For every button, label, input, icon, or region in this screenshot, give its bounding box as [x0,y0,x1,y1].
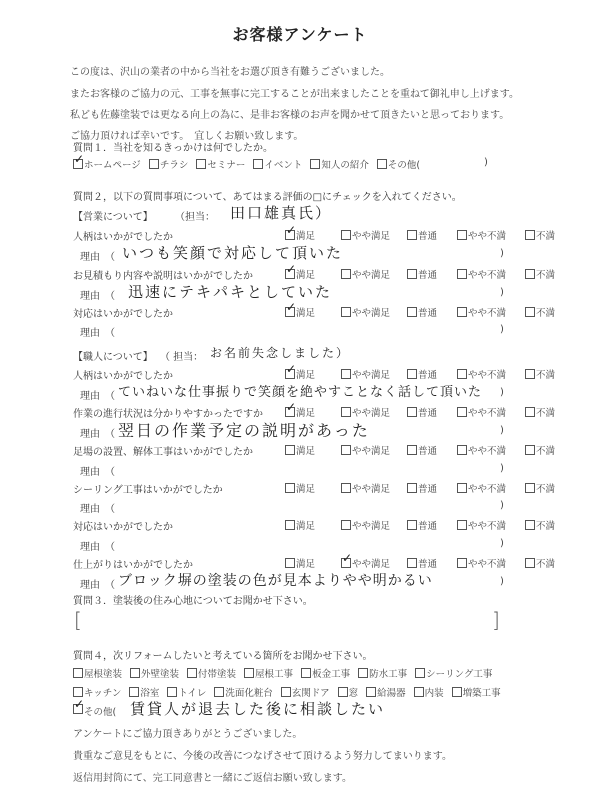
q3-label: 質問３．塗装後の住み心地についてお聞かせ下さい。 [73,592,313,607]
reason-label: 理由 （ [80,576,115,591]
survey-page: お客様アンケート この度は、沢山の業者の中から当社をお選び頂き有難うございました… [0,0,600,800]
checkbox[interactable] [244,668,254,678]
checkbox[interactable] [525,483,535,493]
sales-staff-label: （担当： [175,208,215,223]
q4-option-roof-work[interactable]: 屋根工事 [244,666,293,680]
craftsmen-staff-label: （ 担当： [160,348,203,363]
checkbox[interactable] [457,407,467,417]
q3-answer-area[interactable] [90,612,490,632]
craftsmen-q4-rating: 満足 やや満足 普通 やや不満 不満 [285,481,555,495]
checkbox-checked[interactable] [341,558,351,568]
q4-option-sheet-metal[interactable]: 板金工事 [301,666,350,680]
sales-q1-rating: 満足 やや満足 普通 やや不満 不満 [285,228,555,242]
checkbox[interactable] [457,520,467,530]
rating-dissatisfied[interactable]: 不満 [525,443,555,457]
sales-header: 【営業について】 [73,208,153,223]
reason-label: 理由 （ [80,500,115,515]
q4-option-trim-painting[interactable]: 付帯塗装 [187,666,236,680]
rating-somewhat-dissatisfied[interactable]: やや不満 [457,405,525,419]
rating-satisfied[interactable]: 満足 [285,405,341,419]
reason-label: 理由 （ [80,387,115,402]
q4-option-vanity[interactable]: 洗面化粧台 [214,685,273,699]
q1-other-close: ) [484,157,488,168]
q1-option-homepage[interactable]: ホームページ [73,157,141,171]
rating-satisfied[interactable]: 満足 [285,481,341,495]
rating-dissatisfied[interactable]: 不満 [525,481,555,495]
reason-close: ) [500,538,504,549]
reason-close: ) [500,248,504,259]
checkbox[interactable] [358,668,368,678]
q4-options-row2: キッチン 浴室 トイレ 洗面化粧台 玄関ドア 窓 給湯器 内装 増築工事 [73,685,509,699]
checkbox[interactable] [457,369,467,379]
rating-dissatisfied[interactable]: 不満 [525,556,555,570]
q3-bracket-open: [ [74,608,82,632]
checkbox[interactable] [525,230,535,240]
checkbox[interactable] [457,230,467,240]
rating-dissatisfied[interactable]: 不満 [525,367,555,381]
rating-satisfied[interactable]: 満足 [285,305,341,319]
reason-close: ) [500,425,504,436]
craftsmen-q4: シーリング工事はいかがでしたか [73,481,223,496]
q4-option-window[interactable]: 窓 [338,685,359,699]
rating-somewhat-satisfied[interactable]: やや満足 [341,267,407,281]
checkbox[interactable] [525,407,535,417]
rating-somewhat-dissatisfied[interactable]: やや不満 [457,305,525,319]
rating-somewhat-dissatisfied[interactable]: やや不満 [457,556,525,570]
reason-label: 理由 （ [80,324,115,339]
rating-satisfied[interactable]: 満足 [285,518,341,532]
checkbox[interactable] [341,369,351,379]
rating-somewhat-dissatisfied[interactable]: やや不満 [457,367,525,381]
checkbox[interactable] [525,269,535,279]
rating-somewhat-satisfied[interactable]: やや満足 [341,518,407,532]
checkbox[interactable] [341,307,351,317]
craftsmen-staff-name[interactable]: お名前失念しました） [210,344,350,361]
intro-line-3: 私ども佐藤塗装では更なる向上の為に、是非お客様のお声を聞かせて頂きたいと思ってお… [70,106,509,121]
checkbox-checked[interactable] [285,307,295,317]
rating-dissatisfied[interactable]: 不満 [525,267,555,281]
craftsmen-q1-rating: 満足 やや満足 普通 やや不満 不満 [285,367,555,381]
rating-neutral[interactable]: 普通 [407,267,457,281]
rating-somewhat-satisfied[interactable]: やや満足 [341,305,407,319]
reason-close: ) [500,287,504,298]
rating-somewhat-satisfied[interactable]: やや満足 [341,556,407,570]
q1-options: ホームページ チラシ セミナー イベント 知人の紹介 その他( [73,157,428,171]
rating-satisfied[interactable]: 満足 [285,267,341,281]
rating-neutral[interactable]: 普通 [407,367,457,381]
craftsmen-q1-reason[interactable]: ていねいな仕事振りで笑顔を絶やすことなく話して頂いた [118,381,482,400]
intro-line-2: またお客様のご協力の元、工事を無事に完工することが出来ましたことを重ねて御礼申し… [70,85,519,100]
checkbox[interactable] [407,230,417,240]
q1-option-referral[interactable]: 知人の紹介 [310,157,369,171]
checkbox[interactable] [167,687,177,697]
checkbox[interactable] [310,159,320,169]
q4-option-sealing[interactable]: シーリング工事 [415,666,492,680]
checkbox[interactable] [338,687,348,697]
checkbox[interactable] [407,369,417,379]
q4-option-exterior-wall-painting[interactable]: 外壁塗装 [130,666,179,680]
reason-close: ) [500,324,504,335]
sales-q1-reason[interactable]: いつも笑顔で対応して頂いた [122,242,343,263]
checkbox[interactable] [281,687,291,697]
reason-close: ) [500,463,504,474]
rating-satisfied[interactable]: 満足 [285,556,341,570]
checkbox[interactable] [415,668,425,678]
checkbox[interactable] [414,687,424,697]
q4-option-interior[interactable]: 内装 [414,685,444,699]
q1-option-event[interactable]: イベント [253,157,302,171]
checkbox[interactable] [341,445,351,455]
craftsmen-q5-rating: 満足 やや満足 普通 やや不満 不満 [285,518,555,532]
reason-label: 理由 （ [80,248,115,263]
rating-neutral[interactable]: 普通 [407,228,457,242]
checkbox[interactable] [341,483,351,493]
reason-label: 理由 （ [80,538,115,553]
checkbox[interactable] [214,687,224,697]
craftsmen-header: 【職人について】 [73,348,153,363]
craftsmen-q2-reason[interactable]: 翌日の作業予定の説明があった [118,418,370,441]
craftsmen-q6: 仕上がりはいかがでしたか [73,556,193,571]
sales-staff-name[interactable]: 田口雄真氏） [230,202,332,223]
checkbox[interactable] [525,445,535,455]
checkbox[interactable] [525,307,535,317]
rating-neutral[interactable]: 普通 [407,405,457,419]
checkbox[interactable] [457,483,467,493]
rating-somewhat-dissatisfied[interactable]: やや不満 [457,267,525,281]
q4-option-water-heater[interactable]: 給湯器 [366,685,406,699]
closing-line-3: 返信用封筒にて、完工同意書と一緒にご返信お願い致します。 [73,769,352,784]
checkbox-checked[interactable] [73,159,83,169]
q1-label: 質問１．当社を知るきっかけは何でしたか。 [73,139,273,154]
checkbox[interactable] [129,687,139,697]
sales-q2: お見積もり内容や説明はいかがでしたか [73,267,253,282]
closing-line-1: アンケートにご協力頂きありがとうございました。 [73,725,302,740]
q4-other-value[interactable]: 賃貸人が退去した後に相談したい [130,698,385,719]
checkbox[interactable] [457,269,467,279]
rating-satisfied[interactable]: 満足 [285,367,341,381]
checkbox[interactable] [407,307,417,317]
checkbox-checked[interactable] [285,230,295,240]
checkbox[interactable] [130,668,140,678]
checkbox[interactable] [73,687,83,697]
checkbox[interactable] [525,369,535,379]
rating-somewhat-dissatisfied[interactable]: やや不満 [457,481,525,495]
reason-label: 理由 （ [80,425,115,440]
checkbox[interactable] [457,445,467,455]
checkbox[interactable] [457,558,467,568]
q4-option-bathroom[interactable]: 浴室 [129,685,159,699]
sales-q2-rating: 満足 やや満足 普通 やや不満 不満 [285,267,555,281]
checkbox[interactable] [525,520,535,530]
craftsmen-q5: 対応はいかがでしたか [73,518,173,533]
sales-q2-reason[interactable]: 迅速にテキパキとしていた [128,281,332,302]
checkbox[interactable] [301,668,311,678]
checkbox-checked[interactable] [285,407,295,417]
intro-line-1: この度は、沢山の業者の中から当社をお選び頂き有難うございました。 [70,63,390,78]
craftsmen-q6-reason[interactable]: ブロック塀の塗装の色が見本よりやや明かるい [118,570,433,590]
closing-line-2: 貴重なご意見をもとに、今後の改善につなげさせて頂けるよう努力してまいります。 [73,747,452,762]
rating-dissatisfied[interactable]: 不満 [525,405,555,419]
checkbox[interactable] [341,407,351,417]
q4-option-entrance-door[interactable]: 玄関ドア [281,685,330,699]
craftsmen-q2-rating: 満足 やや満足 普通 やや不満 不満 [285,405,555,419]
rating-satisfied[interactable]: 満足 [285,443,341,457]
reason-close: ) [500,387,504,398]
checkbox[interactable] [285,520,295,530]
checkbox[interactable] [253,159,263,169]
craftsmen-q6-rating: 満足 やや満足 普通 やや不満 不満 [285,556,555,570]
checkbox[interactable] [407,269,417,279]
sales-q1: 人柄はいかがでしたか [73,228,173,243]
checkbox[interactable] [285,558,295,568]
checkbox[interactable] [407,407,417,417]
q1-option-other[interactable]: その他( [377,157,420,171]
reason-close: ) [500,576,504,587]
rating-somewhat-dissatisfied[interactable]: やや不満 [457,228,525,242]
reason-label: 理由 （ [80,287,115,302]
checkbox-checked[interactable] [285,269,295,279]
checkbox[interactable] [341,520,351,530]
checkbox-checked[interactable] [73,704,83,714]
rating-neutral[interactable]: 普通 [407,518,457,532]
sales-q3-rating: 満足 やや満足 普通 やや不満 不満 [285,305,555,319]
rating-somewhat-satisfied[interactable]: やや満足 [341,228,407,242]
rating-somewhat-satisfied[interactable]: やや満足 [341,481,407,495]
rating-neutral[interactable]: 普通 [407,481,457,495]
rating-dissatisfied[interactable]: 不満 [525,228,555,242]
checkbox[interactable] [407,445,417,455]
checkbox[interactable] [285,483,295,493]
q1-option-seminar[interactable]: セミナー [196,157,245,171]
q4-option-roof-painting[interactable]: 屋根塗装 [73,666,122,680]
rating-dissatisfied[interactable]: 不満 [525,305,555,319]
checkbox[interactable] [341,230,351,240]
reason-close: ) [500,500,504,511]
page-title: お客様アンケート [0,22,600,45]
checkbox[interactable] [366,687,376,697]
rating-somewhat-satisfied[interactable]: やや満足 [341,367,407,381]
reason-label: 理由 （ [80,463,115,478]
rating-neutral[interactable]: 普通 [407,443,457,457]
checkbox[interactable] [452,687,462,697]
craftsmen-q3-rating: 満足 やや満足 普通 やや不満 不満 [285,443,555,457]
checkbox[interactable] [196,159,206,169]
craftsmen-q1: 人柄はいかがでしたか [73,367,173,382]
q4-option-waterproofing[interactable]: 防水工事 [358,666,407,680]
rating-somewhat-satisfied[interactable]: やや満足 [341,443,407,457]
rating-somewhat-dissatisfied[interactable]: やや不満 [457,518,525,532]
checkbox[interactable] [73,668,83,678]
rating-somewhat-satisfied[interactable]: やや満足 [341,405,407,419]
rating-neutral[interactable]: 普通 [407,305,457,319]
checkbox[interactable] [187,668,197,678]
q4-option-extension[interactable]: 増築工事 [452,685,501,699]
checkbox[interactable] [149,159,159,169]
sales-q3: 対応はいかがでしたか [73,305,173,320]
checkbox[interactable] [377,159,387,169]
checkbox[interactable] [457,307,467,317]
checkbox[interactable] [407,558,417,568]
checkbox[interactable] [407,483,417,493]
craftsmen-q3: 足場の設置、解体工事はいかがでしたか [73,443,253,458]
rating-dissatisfied[interactable]: 不満 [525,518,555,532]
q4-options-row1: 屋根塗装 外壁塗装 付帯塗装 屋根工事 板金工事 防水工事 シーリング工事 [73,666,500,680]
rating-neutral[interactable]: 普通 [407,556,457,570]
checkbox[interactable] [285,445,295,455]
q4-option-toilet[interactable]: トイレ [167,685,206,699]
q4-label: 質問４，次リフォームしたいと考えている箇所をお聞かせ下さい。 [73,647,373,662]
q3-bracket-close: ] [492,608,500,632]
q1-option-flyer[interactable]: チラシ [149,157,189,171]
checkbox[interactable] [341,269,351,279]
q4-option-other[interactable]: その他( [73,704,116,718]
checkbox[interactable] [407,520,417,530]
rating-somewhat-dissatisfied[interactable]: やや不満 [457,443,525,457]
q2-label: 質問２，以下の質問事項について、あてはまる評価の□にチェックを入れてください。 [73,188,462,203]
checkbox[interactable] [525,558,535,568]
rating-satisfied[interactable]: 満足 [285,228,341,242]
checkbox-checked[interactable] [285,369,295,379]
